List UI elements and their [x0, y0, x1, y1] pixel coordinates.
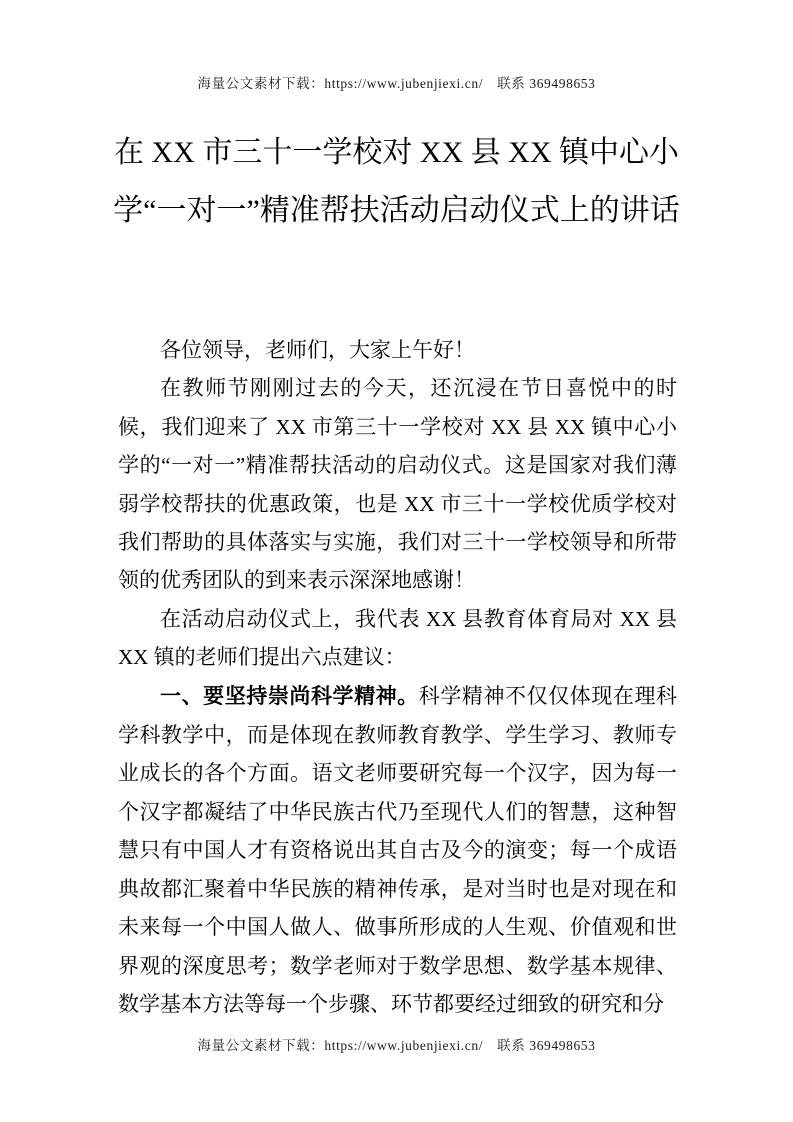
paragraph-point-one: 一、要坚持崇尚科学精神。科学精神不仅仅体现在理科学科教学中，而是体现在教师教育教… — [118, 677, 677, 1024]
document-body: 各位领导，老师们，大家上午好！ 在教师节刚刚过去的今天，还沉浸在节日喜悦中的时候… — [118, 331, 677, 1023]
document-page: 海量公文素材下载：https://www.jubenjiexi.cn/ 联系 3… — [0, 0, 793, 1122]
header-watermark: 海量公文素材下载：https://www.jubenjiexi.cn/ 联系 3… — [0, 72, 793, 92]
paragraph-point-one-text: 科学精神不仅仅体现在理科学科教学中，而是体现在教师教育教学、学生学习、教师专业成… — [118, 684, 677, 1016]
footer-watermark: 海量公文素材下载：https://www.jubenjiexi.cn/ 联系 3… — [0, 1034, 793, 1054]
paragraph-proposal: 在活动启动仪式上，我代表 XX 县教育体育局对 XX 县 XX 镇的老师们提出六… — [118, 600, 677, 677]
paragraph-greeting: 各位领导，老师们，大家上午好！ — [118, 331, 677, 369]
paragraph-point-one-lead: 一、要坚持崇尚科学精神。 — [160, 685, 419, 708]
document-title: 在 XX 市三十一学校对 XX 县 XX 镇中心小学“一对一”精准帮扶活动启动仪… — [104, 124, 689, 239]
paragraph-intro: 在教师节刚刚过去的今天，还沉浸在节日喜悦中的时候，我们迎来了 XX 市第三十一学… — [118, 369, 677, 599]
